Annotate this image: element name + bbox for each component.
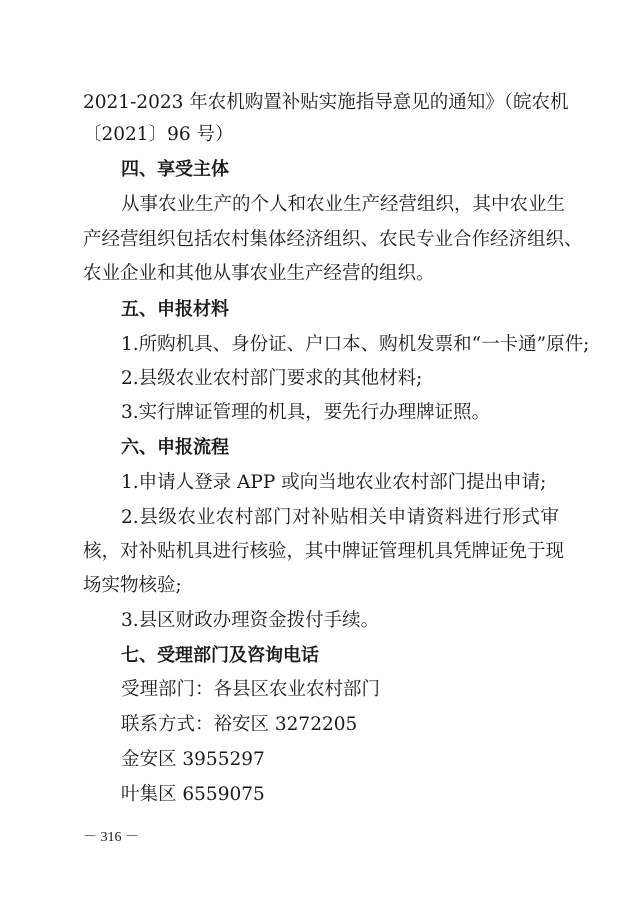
list-item: 3.县区财政办理资金拨付手续。: [121, 606, 379, 636]
contact-phone-jinan: 金安区 3955297: [121, 745, 265, 775]
section-heading-application-materials: 五、申报材料: [121, 295, 229, 325]
section-heading-eligible-subjects: 四、享受主体: [121, 155, 229, 185]
paragraph-line: 场实物核验;: [83, 571, 182, 601]
list-item: 3.实行牌证管理的机具，要先行办理牌证照。: [121, 398, 490, 428]
list-item: 1.所购机具、身份证、户口本、购机发票和“一卡通”原件;: [121, 330, 589, 360]
document-page: 2021-2023 年农机购置补贴实施指导意见的通知》（皖农机 〔2021〕96…: [0, 0, 642, 907]
paragraph-line: 核，对补贴机具进行核验，其中牌证管理机具凭牌证免于现: [83, 537, 559, 567]
paragraph-line: 农业企业和其他从事农业生产经营的组织。: [83, 259, 435, 289]
paragraph-line: 2021-2023 年农机购置补贴实施指导意见的通知》（皖农机: [83, 88, 559, 118]
list-item: 2.县级农业农村部门对补贴相关申请资料进行形式审: [121, 503, 559, 533]
paragraph-line: 从事农业生产的个人和农业生产经营组织，其中农业生: [121, 190, 559, 220]
contact-phone-yuan: 联系方式：裕安区 3272205: [121, 710, 357, 740]
page-number: － 316 －: [83, 828, 139, 848]
list-item: 1.申请人登录 APP 或向当地农业农村部门提出申请;: [121, 468, 546, 498]
section-heading-contact: 七、受理部门及咨询电话: [121, 641, 319, 671]
contact-phone-yeji: 叶集区 6559075: [121, 780, 265, 810]
paragraph-line: 〔2021〕96 号）: [83, 120, 234, 150]
paragraph-line: 产经营组织包括农村集体经济组织、农民专业合作经济组织、: [83, 225, 559, 255]
contact-department: 受理部门：各县区农业农村部门: [121, 675, 380, 705]
list-item: 2.县级农业农村部门要求的其他材料;: [121, 364, 422, 394]
section-heading-application-process: 六、申报流程: [121, 433, 229, 463]
